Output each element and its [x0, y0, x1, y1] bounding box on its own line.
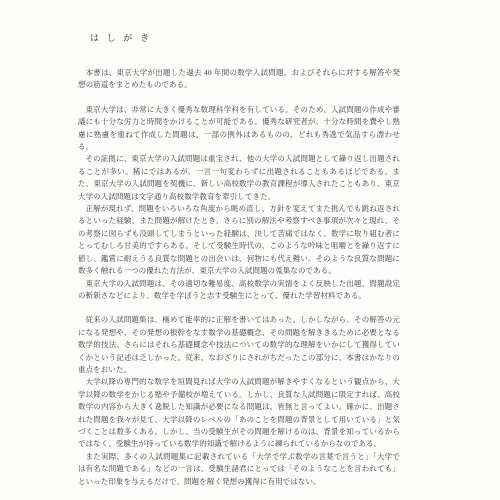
book-approach-section: 従来の入試問題集は、極めて能率的に正解を書いてはあった。しかしながら、その解答の…: [78, 314, 400, 488]
paragraph: 従来の入試問題集は、極めて能率的に正解を書いてはあった。しかしながら、その解答の…: [78, 314, 400, 376]
paragraph: 東京大学の入試問題は、その適切な難易度、高校数学の実情をよく反映した出題、問題設…: [78, 278, 400, 303]
page-title: はしがき: [90, 32, 400, 44]
paragraph: 大学以降の専門的な数学を垣間見れば大学の入試問題が解きやすくなるという観点から、…: [78, 376, 400, 450]
paragraph: その証拠に、東京大学の入試問題は重宝され、他の大学の入試問題として繰り返し出題さ…: [78, 153, 400, 203]
paragraph: 本書は、東京大学が出題した過去 40 年間の数学入試問題、およびそれらに対する解…: [78, 67, 400, 92]
todai-problems-section: 東京大学は、非常に大きく優秀な数理科学科を有している。そのため、入試問題の作成や…: [78, 104, 400, 303]
text-column: はしがき 本書は、東京大学が出題した過去 40 年間の数学入試問題、およびそれら…: [78, 32, 400, 488]
intro-section: 本書は、東京大学が出題した過去 40 年間の数学入試問題、およびそれらに対する解…: [78, 67, 400, 92]
paragraph: 正解が現れず、問題をいろいろな角度から眺め直し、方針を変えてまた挑んでも跳ね返さ…: [78, 203, 400, 277]
paragraph: 東京大学は、非常に大きく優秀な数理科学科を有している。そのため、入試問題の作成や…: [78, 104, 400, 154]
preface-page: はしがき 本書は、東京大学が出題した過去 40 年間の数学入試問題、およびそれら…: [0, 0, 500, 500]
page-number: - i -: [0, 476, 500, 485]
